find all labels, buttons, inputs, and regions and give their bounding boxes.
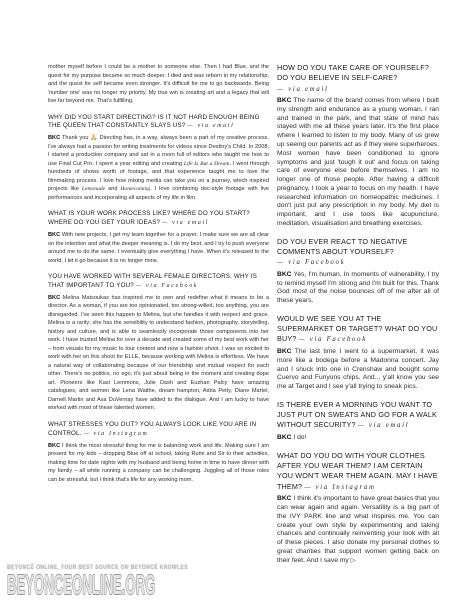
answer-text: I think it's important to have great bas… [277,495,439,563]
question-text: DO YOU EVER REACT TO NEGATIVE COMMENTS A… [277,237,407,256]
speaker-label: BKC [277,348,292,355]
answer-text: The name of the brand comes from where I… [277,97,439,227]
answer-negative-comments: BKC Yes, I'm human. In moments of vulner… [277,271,439,306]
speaker-label: BKC [277,97,292,104]
question-source: — via Facebook [136,283,198,289]
speaker-label: BKC [48,295,60,301]
question-source: — via email [277,86,329,93]
paragraph-continuation: mother myself before I could be a mother… [48,63,269,106]
answer-text: Yes, I'm human. In moments of vulnerabil… [277,271,439,304]
question-source: — via Facebook [277,259,345,266]
answer-text: I think the most stressful thing for me … [48,443,269,483]
question-negative-comments: DO YOU EVER REACT TO NEGATIVE COMMENTS A… [277,237,439,268]
speaker-label: BKC [277,434,292,441]
answer-text: With new projects, I get my team togethe… [48,232,269,264]
answer-supermarket: BKC The last time I went to a supermarke… [277,348,439,392]
speaker-label: BKC [277,495,292,502]
watermark: BEYONCÉ ONLINE. YOUR BEST SOURCE ON BEYO… [7,564,323,598]
question-supermarket: WOULD WE SEE YOU AT THE SUPERMARKET OR T… [277,314,439,345]
article-column-left: mother myself before I could be a mother… [48,63,269,492]
question-source: — via Instagram [304,484,375,491]
answer-self-care: BKC The name of the brand comes from whe… [277,97,439,228]
question-source: — via Instagram [83,431,148,437]
question-work-process: WHAT IS YOUR WORK PROCESS LIKE? WHERE DO… [48,210,269,228]
question-text: WHAT IS YOUR WORK PROCESS LIKE? WHERE DO… [48,210,250,226]
answer-text: I do! [293,434,306,441]
question-source: — via email [358,422,410,429]
answer-stress: BKC I think the most stressful thing for… [48,442,269,485]
answer-text: Thank you 🙏 Directing has, in a way, alw… [48,135,269,201]
question-self-care: HOW DO YOU TAKE CARE OF YOURSELF? DO YOU… [277,63,439,94]
question-source: — via Facebook [299,336,367,343]
question-source: — via email [187,123,234,129]
speaker-label: BKC [48,443,60,449]
question-stress: WHAT STRESSES YOU OUT? YOU ALWAYS LOOK L… [48,421,269,439]
answer-text: Melina Matsoukas has inspired me to own … [48,295,269,412]
question-female-directors: YOU HAVE WORKED WITH SEVERAL FEMALE DIRE… [48,273,269,291]
question-text: WHAT STRESSES YOU OUT? YOU ALWAYS LOOK L… [48,421,256,437]
magazine-page: mother myself before I could be a mother… [0,0,452,600]
speaker-label: BKC [48,135,60,141]
answer-female-directors: BKC Melina Matsoukas has inspired me to … [48,294,269,413]
question-directing: WHY DID YOU START DIRECTING? IS IT NOT H… [48,114,269,132]
watermark-site-logo: BEYONCEONLINE.ORG [7,572,155,598]
answer-text: The last time I went to a supermarket, i… [277,348,439,390]
question-sweats-walk: IS THERE EVER A MORNING YOU WANT TO JUST… [277,400,439,431]
answer-sweats-walk: BKC I do! [277,434,439,443]
question-clothes: WHAT DO YOU DO WITH YOUR CLOTHES AFTER Y… [277,451,439,492]
article-column-right: HOW DO YOU TAKE CARE OF YOURSELF? DO YOU… [277,63,439,573]
answer-work-process: BKC With new projects, I get my team tog… [48,231,269,265]
answer-clothes: BKC I think it's important to have great… [277,495,439,565]
question-text: HOW DO YOU TAKE CARE OF YOURSELF? DO YOU… [277,63,429,82]
speaker-label: BKC [277,271,292,278]
answer-directing: BKC Thank you 🙏 Directing has, in a way,… [48,134,269,202]
speaker-label: BKC [48,232,60,238]
question-source: — via email [162,220,209,226]
